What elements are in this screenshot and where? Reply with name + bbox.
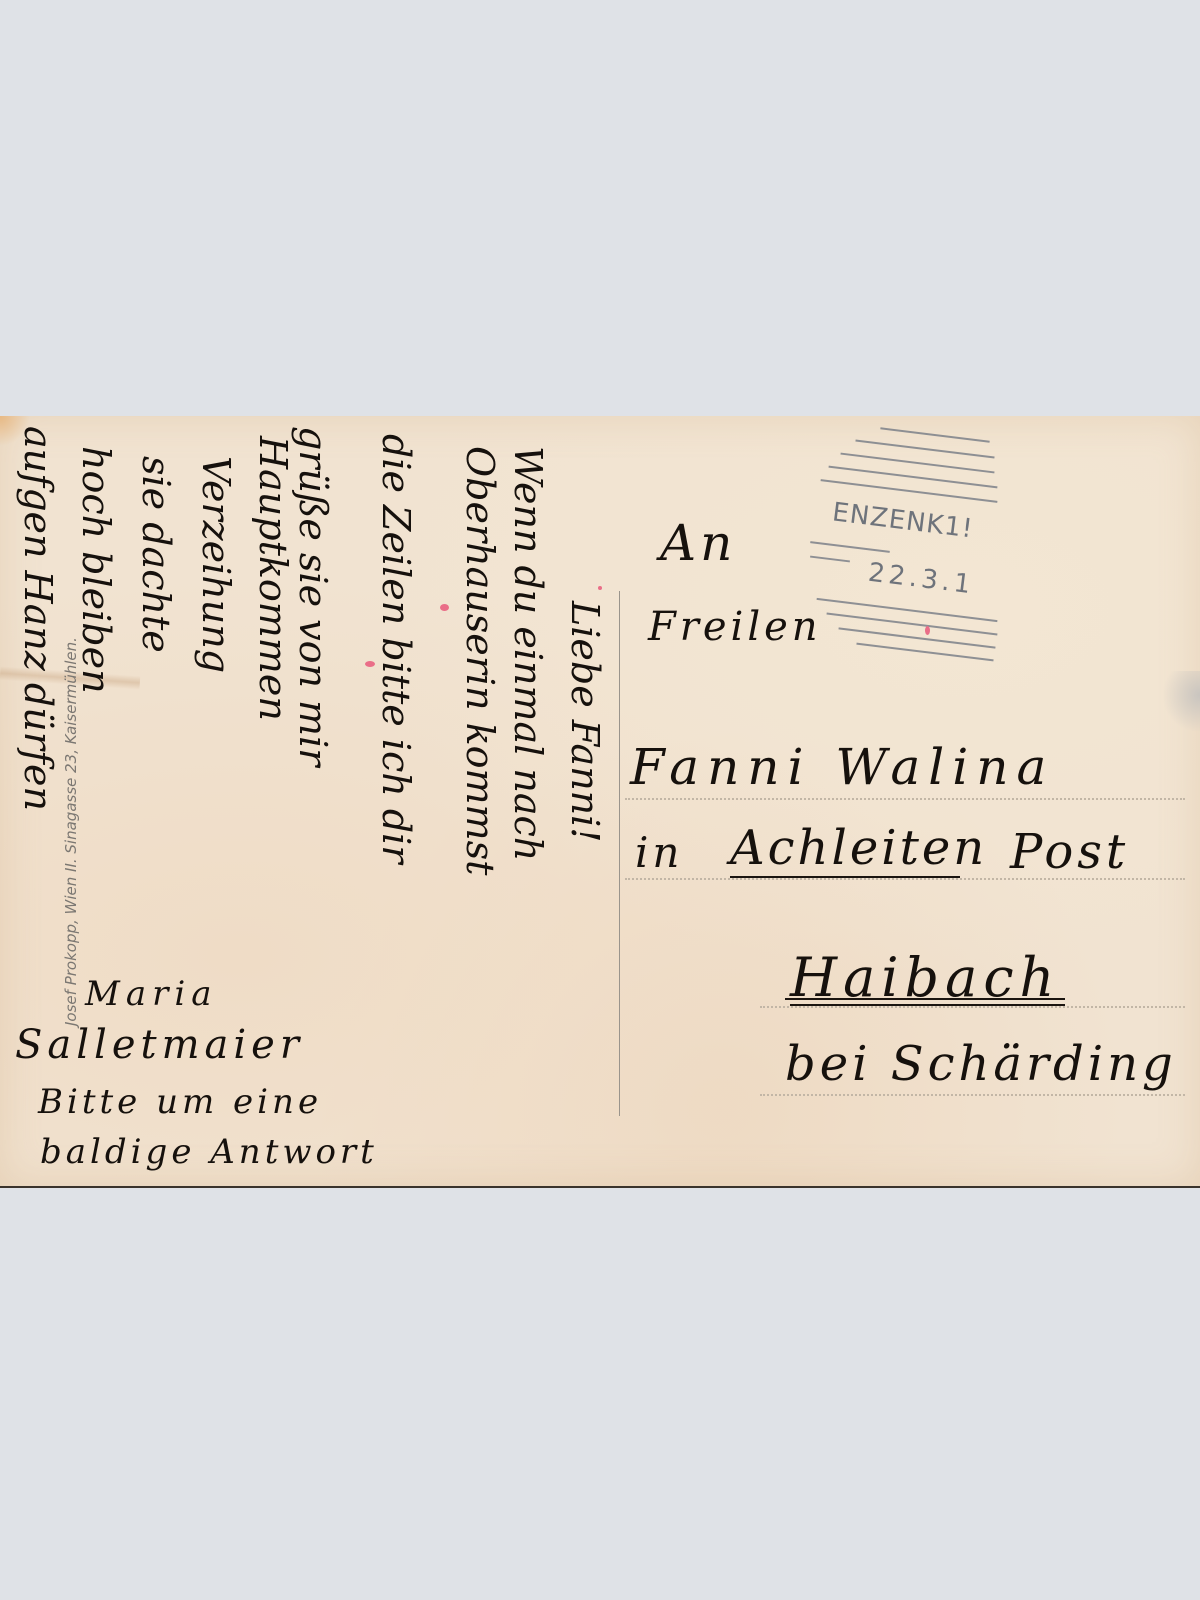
ink-spot xyxy=(925,626,930,635)
address-name: Fanni Walina xyxy=(630,738,1054,796)
message-line: grüße sie von mir xyxy=(291,426,335,766)
message-line: hoch bleiben xyxy=(74,446,118,694)
place-underline xyxy=(730,876,960,878)
closing-line-2: baldige Antwort xyxy=(40,1132,378,1172)
message-line: sie dachte xyxy=(134,456,178,653)
postcard: ENZENK1! 22.3.1 An Freilen Fanni Walina … xyxy=(0,416,1200,1188)
address-post-label: Post xyxy=(1010,824,1129,880)
postmark: ENZENK1! 22.3.1 xyxy=(810,434,1000,669)
address-line xyxy=(760,1094,1185,1096)
post-town-underline-2 xyxy=(790,1004,1065,1006)
post-town-underline xyxy=(785,998,1065,1000)
message-line: Hauptkommen xyxy=(251,436,295,721)
divider-line xyxy=(619,591,620,1116)
postmark-date: 22.3.1 xyxy=(867,558,977,601)
message-line: Verzeihung xyxy=(194,456,238,673)
address-title: Freilen xyxy=(648,604,822,650)
address-region: bei Schärding xyxy=(785,1036,1177,1092)
message-greeting: Liebe Fanni! xyxy=(563,601,607,843)
edge-stain xyxy=(1160,671,1200,731)
address-salutation: An xyxy=(660,514,736,572)
signature-first-name: Maria xyxy=(85,974,217,1014)
ink-spot xyxy=(598,586,602,590)
message-line: aufgen Hanz dürfen xyxy=(16,426,60,811)
postmark-town: ENZENK1! xyxy=(831,497,975,544)
address-place-prefix: in xyxy=(635,828,683,877)
ink-spot xyxy=(440,604,449,611)
message-line: die Zeilen bitte ich dir xyxy=(374,434,418,864)
signature-last-name: Salletmaier xyxy=(15,1022,304,1068)
closing-line-1: Bitte um eine xyxy=(38,1082,322,1122)
message-line: Oberhauserin kommst xyxy=(458,446,502,875)
address-place: Achleiten xyxy=(730,820,987,876)
message-line: Wenn du einmal nach xyxy=(506,446,550,861)
address-line xyxy=(625,798,1185,800)
printer-imprint: Josef Prokopp, Wien II. Sinagasse 23, Ka… xyxy=(62,637,80,1026)
